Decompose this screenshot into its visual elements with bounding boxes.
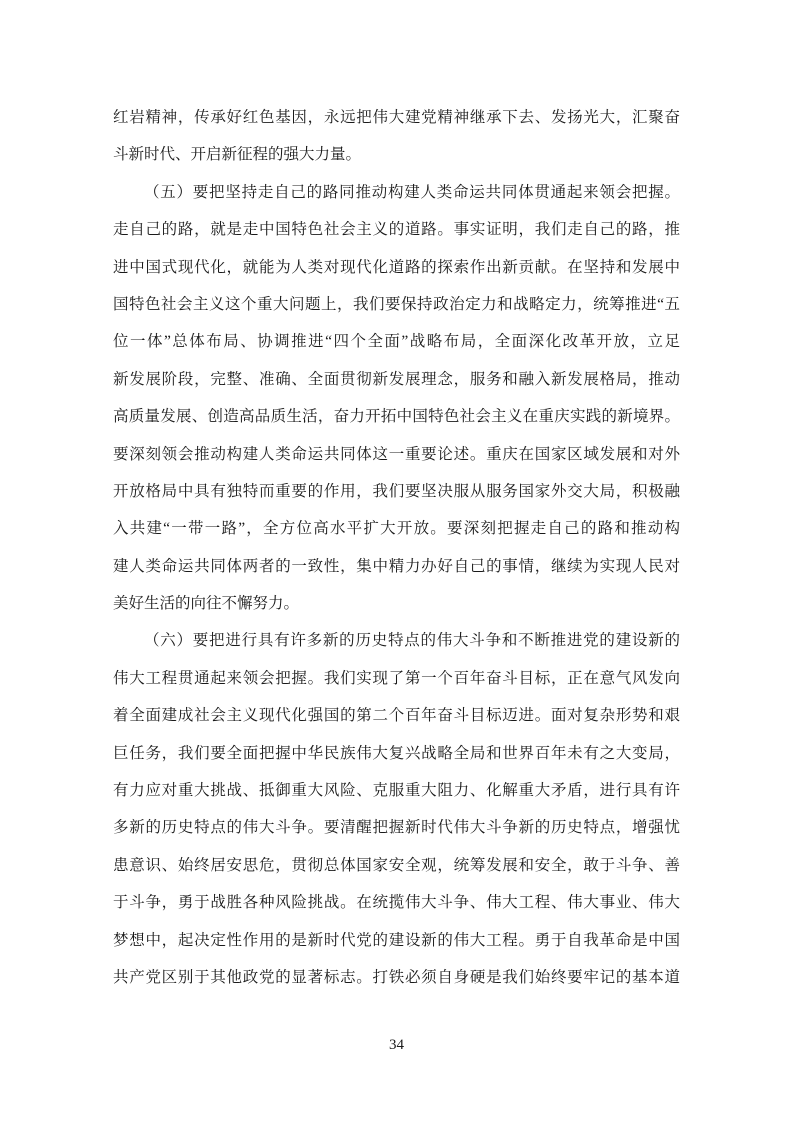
text-line: 多新的历史特点的伟大斗争。要清醒把握新时代伟大斗争新的历史特点，增强忧 <box>113 809 680 846</box>
text-line: 美好生活的向往不懈努力。 <box>113 585 680 622</box>
text-line: 红岩精神，传承好红色基因，永远把伟大建党精神继承下去、发扬光大，汇聚奋 <box>113 99 680 136</box>
text-line: 位一体”总体布局、协调推进“四个全面”战略布局，全面深化改革开放，立足 <box>113 323 680 360</box>
text-line: 有力应对重大挑战、抵御重大风险、克服重大阻力、化解重大矛盾，进行具有许 <box>113 772 680 809</box>
paragraph: （六）要把进行具有许多新的历史特点的伟大斗争和不断推进党的建设新的伟大工程贯通起… <box>113 622 680 996</box>
text-line: 新发展阶段，完整、准确、全面贯彻新发展理念，服务和融入新发展格局，推动 <box>113 361 680 398</box>
page-footer: 34 <box>0 1034 793 1056</box>
page-number: 34 <box>389 1037 404 1053</box>
text-line: 梦想中，起决定性作用的是新时代党的建设新的伟大工程。勇于自我革命是中国 <box>113 922 680 959</box>
document-body: 红岩精神，传承好红色基因，永远把伟大建党精神继承下去、发扬光大，汇聚奋斗新时代、… <box>113 99 680 996</box>
text-line: 于斗争，勇于战胜各种风险挑战。在统揽伟大斗争、伟大工程、伟大事业、伟大 <box>113 884 680 921</box>
text-line: 开放格局中具有独特而重要的作用，我们要坚决服从服务国家外交大局，积极融 <box>113 473 680 510</box>
text-line: （六）要把进行具有许多新的历史特点的伟大斗争和不断推进党的建设新的 <box>113 622 680 659</box>
text-line: 进中国式现代化，就能为人类对现代化道路的探索作出新贡献。在坚持和发展中 <box>113 249 680 286</box>
text-line: 共产党区别于其他政党的显著标志。打铁必须自身硬是我们始终要牢记的基本道 <box>113 959 680 996</box>
text-line: 巨任务，我们要全面把握中华民族伟大复兴战略全局和世界百年未有之大变局， <box>113 735 680 772</box>
text-line: 患意识、始终居安思危，贯彻总体国家安全观，统筹发展和安全，敢于斗争、善 <box>113 847 680 884</box>
text-line: 着全面建成社会主义现代化强国的第二个百年奋斗目标迈进。面对复杂形势和艰 <box>113 697 680 734</box>
document-page: 红岩精神，传承好红色基因，永远把伟大建党精神继承下去、发扬光大，汇聚奋斗新时代、… <box>0 0 793 1122</box>
paragraph: 红岩精神，传承好红色基因，永远把伟大建党精神继承下去、发扬光大，汇聚奋斗新时代、… <box>113 99 680 174</box>
text-line: 走自己的路，就是走中国特色社会主义的道路。事实证明，我们走自己的路，推 <box>113 211 680 248</box>
text-line: （五）要把坚持走自己的路同推动构建人类命运共同体贯通起来领会把握。 <box>113 174 680 211</box>
text-line: 斗新时代、开启新征程的强大力量。 <box>113 136 680 173</box>
text-line: 要深刻领会推动构建人类命运共同体这一重要论述。重庆在国家区域发展和对外 <box>113 436 680 473</box>
text-line: 高质量发展、创造高品质生活，奋力开拓中国特色社会主义在重庆实践的新境界。 <box>113 398 680 435</box>
text-line: 伟大工程贯通起来领会把握。我们实现了第一个百年奋斗目标，正在意气风发向 <box>113 660 680 697</box>
text-line: 建人类命运共同体两者的一致性，集中精力办好自己的事情，继续为实现人民对 <box>113 548 680 585</box>
paragraph: （五）要把坚持走自己的路同推动构建人类命运共同体贯通起来领会把握。走自己的路，就… <box>113 174 680 623</box>
text-line: 入共建“一带一路”，全方位高水平扩大开放。要深刻把握走自己的路和推动构 <box>113 510 680 547</box>
text-line: 国特色社会主义这个重大问题上，我们要保持政治定力和战略定力，统筹推进“五 <box>113 286 680 323</box>
